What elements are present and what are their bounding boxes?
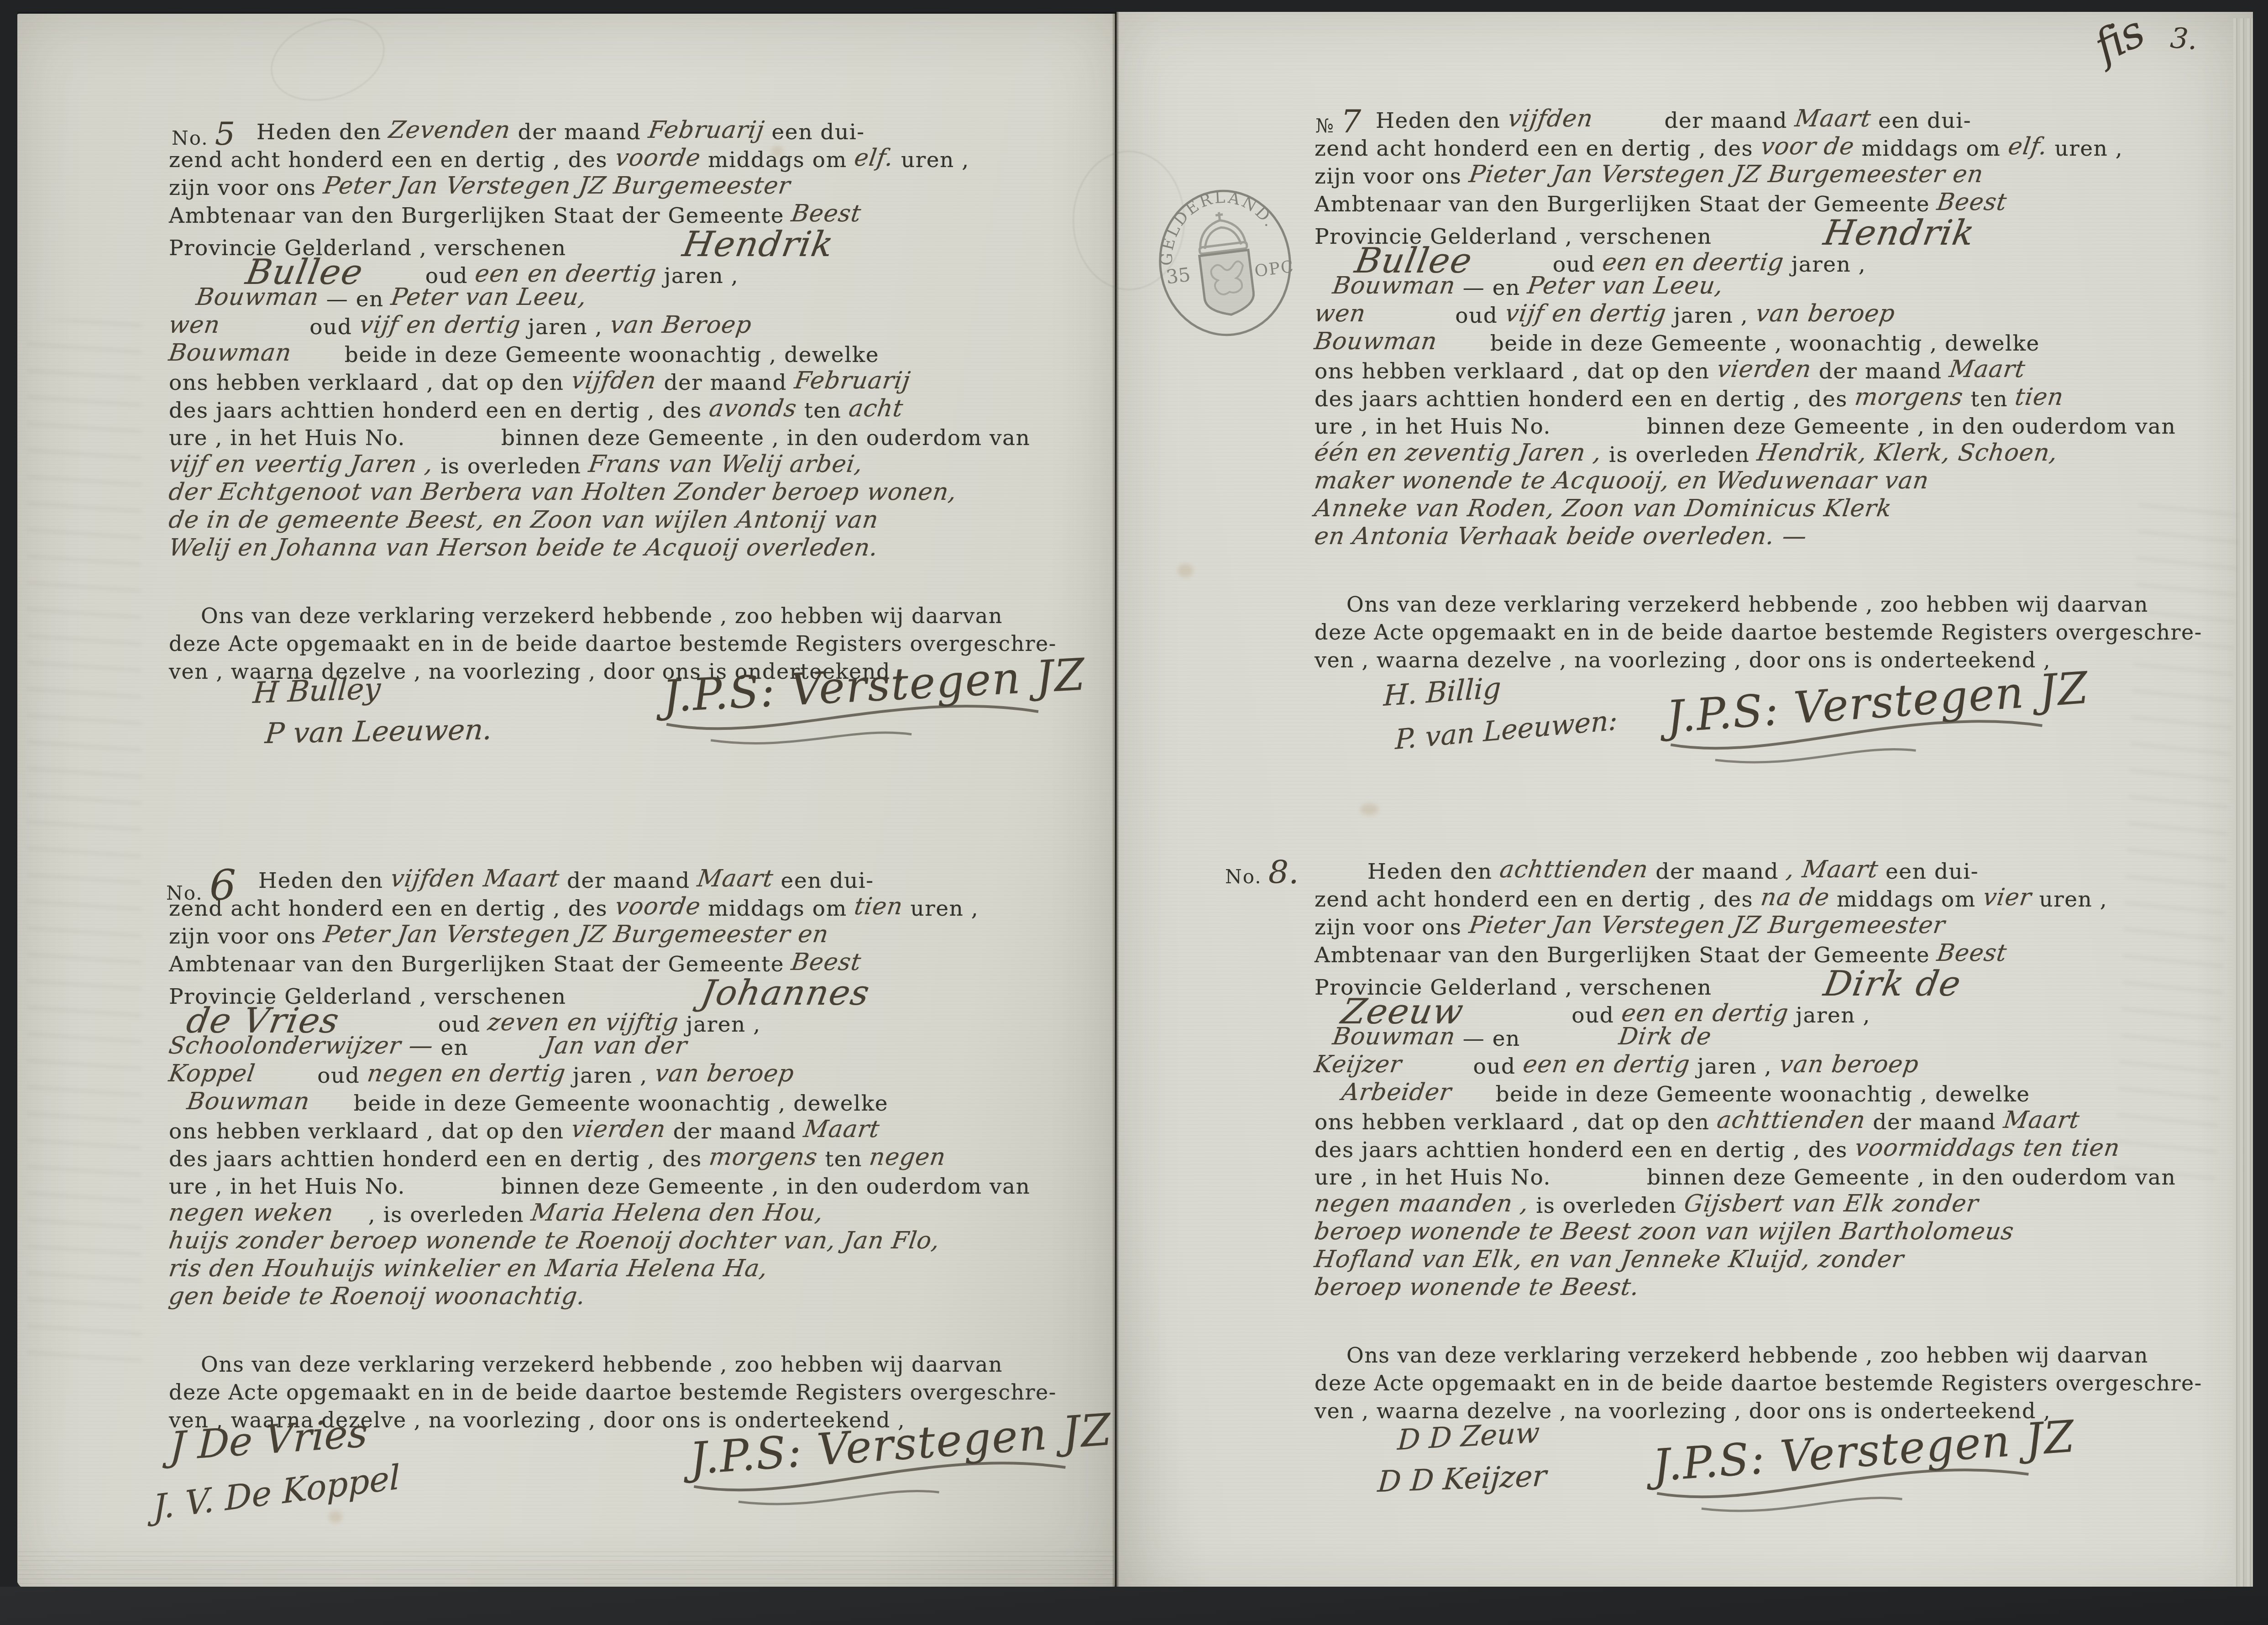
printed-text: deze Acte opgemaakt en in de beide daart… (169, 631, 1057, 656)
handwritten-text: Zeeuw (1340, 997, 1467, 1025)
printed-text: — en (1455, 1026, 1528, 1051)
handwritten-text: huijs zonder beroep wonende te Roenoij d… (167, 1227, 942, 1255)
handwritten-text: tien (853, 893, 905, 921)
act-line: Ambtenaar van den Burgerlijken Staat der… (1315, 190, 2205, 218)
printed-text: jaren , (1690, 1054, 1779, 1079)
printed-text: zend acht honderd een en dertig , des (1315, 887, 1761, 912)
printed-text: een dui- (773, 868, 874, 893)
handwritten-text: vijfden Maart (389, 865, 561, 893)
handwritten-text: Koppel (167, 1060, 257, 1088)
printed-text: ons hebben verklaard , dat op den (1315, 359, 1717, 384)
act-number-label: No. (172, 127, 209, 149)
printed-text: Ons van deze verklaring verzekerd hebben… (169, 603, 1003, 628)
handwritten-text: Hendrik (681, 230, 836, 258)
handwritten-text: Frans van Welij arbei, (587, 451, 865, 478)
printed-text: ure , in het Huis No. (169, 1174, 405, 1199)
handwritten-text: Zevenden (387, 116, 513, 144)
printed-text: ons hebben verklaard , dat op den (169, 370, 571, 395)
handwritten-text: morgens (1853, 383, 1965, 411)
act-line: des jaars achttien honderd een en dertig… (169, 1145, 1077, 1173)
printed-text: deze Acte opgemaakt en in de beide daart… (1315, 620, 2202, 645)
handwritten-text: ris den Houhuijs winkelier en Maria Hele… (167, 1255, 770, 1283)
act-line: gen beide te Roenoij woonachtig. (169, 1284, 1077, 1312)
printed-text: oud (1466, 1054, 1523, 1079)
printed-text: deze Acte opgemaakt en in de beide daart… (169, 1380, 1057, 1405)
printed-text: een dui- (1878, 859, 1979, 884)
act-line: ris den Houhuijs winkelier en Maria Hele… (169, 1256, 1077, 1284)
handwritten-text: vierden (1715, 356, 1813, 383)
handwritten-text: van beroep (1754, 300, 1896, 328)
printed-text: deze Acte opgemaakt en in de beide daart… (1315, 1371, 2202, 1395)
act-number-block: №7 (1315, 103, 1361, 140)
act-line: ons hebben verklaard , dat op den achtti… (1315, 1108, 2205, 1136)
act-line: ure , in het Huis No.binnen deze Gemeent… (169, 424, 1077, 452)
act-body: Heden den vijfden der maand Maart een du… (1315, 106, 2205, 674)
handwritten-text: Bouwman (1331, 272, 1457, 300)
handwritten-text: beroep wonende te Beest zoon van wijlen … (1313, 1218, 2016, 1246)
printed-text: uren , (2032, 887, 2107, 912)
printed-text: der maand (510, 120, 649, 145)
printed-text: zijn voor ons (1315, 164, 1469, 189)
closing-line: deze Acte opgemaakt en in de beide daart… (169, 1379, 1077, 1406)
handwritten-text: voormiddags ten tien (1853, 1134, 2122, 1162)
photo-edge-left (0, 0, 17, 1625)
witness-signature: H Bulley (252, 672, 382, 710)
act-body: Heden den Zevenden der maand Februarij e… (169, 118, 1077, 686)
shield-with-lion-icon (1199, 250, 1256, 318)
handwritten-text: Bouwman (167, 339, 293, 367)
act-line: vijf en veertig Jaren , is overleden Fra… (169, 452, 1077, 480)
act-line: ons hebben verklaard , dat op den vierde… (1315, 357, 2205, 385)
printed-text: is overleden (1529, 1193, 1684, 1218)
printed-text: zend acht honderd een en dertig , des (169, 147, 615, 173)
act-line: ure , in het Huis No.binnen deze Gemeent… (1315, 413, 2205, 440)
act-line: Heden den vijfden Maart der maand Maart … (169, 866, 1077, 894)
printed-text: der maand (656, 370, 795, 395)
act-line: Ambtenaar van den Burgerlijken Staat der… (169, 950, 1077, 978)
printed-text: oud (302, 315, 360, 340)
printed-text: ven , waarna dezelve , na voorlezing , d… (1315, 648, 2051, 672)
handwritten-text: Maart (696, 865, 775, 893)
act-number-block: No.6 (166, 861, 236, 910)
printed-text: der maand (665, 1119, 804, 1144)
act-number: 8. (1268, 854, 1299, 891)
handwritten-text: achttienden (1498, 856, 1650, 884)
printed-text: middags om (1854, 136, 2008, 161)
handwritten-text: Pieter Jan Verstegen JZ Burgemeester (1467, 912, 1947, 939)
handwritten-text: Februarij (792, 367, 912, 395)
printed-text: zijn voor ons (1315, 915, 1469, 940)
handwritten-text: Gijsbert van Elk zonder (1682, 1190, 1980, 1218)
handwritten-text: Hendrik (1822, 219, 1977, 246)
printed-text: zijn voor ons (169, 924, 324, 949)
act-line: ure , in het Huis No.binnen deze Gemeent… (1315, 1164, 2205, 1191)
handwritten-text: vijfden (1506, 105, 1595, 133)
printed-text: des jaars achttien honderd een en dertig… (1315, 387, 1855, 412)
act-line: maker wonende te Acquooij, en Weduwenaar… (1315, 468, 2205, 496)
handwritten-text: Welij en Johanna van Herson beide te Acq… (167, 534, 880, 562)
act-line: wen oud vijf en dertig jaren , van beroe… (1315, 301, 2205, 329)
handwritten-text: vijf en veertig Jaren , (167, 451, 435, 478)
handwritten-text: vier (1981, 884, 2033, 912)
handwritten-text: tien (2013, 383, 2065, 411)
handwritten-text: één en zeventig Jaren , (1313, 439, 1603, 467)
bleedthrough-texture (27, 320, 141, 1369)
act-body: Heden den achttienden der maand , Maart … (1315, 857, 2205, 1425)
act-line: des jaars achttien honderd een en dertig… (1315, 385, 2205, 413)
printed-text: jaren , (1666, 303, 1755, 328)
photo-edge-top (0, 0, 2268, 12)
act-number-label: № (1315, 115, 1335, 137)
act-line: Bouwman — en Dirk de (1315, 1024, 2205, 1052)
printed-text: zend acht honderd een en dertig , des (1315, 136, 1761, 161)
act-line: Hofland van Elk, en van Jenneke Kluijd, … (1315, 1247, 2205, 1275)
handwritten-text: van beroep (1777, 1051, 1920, 1079)
closing-line: Ons van deze verklaring verzekerd hebben… (1315, 591, 2205, 619)
handwritten-text: vijfden (570, 367, 659, 395)
act-line: Schoolonderwijzer — en Jan van der (169, 1033, 1077, 1061)
printed-text: oud (1448, 303, 1505, 328)
closing-line: deze Acte opgemaakt en in de beide daart… (1315, 619, 2205, 646)
act-line: der Echtgenoot van Berbera van Holten Zo… (169, 480, 1077, 508)
handwritten-text: negen maanden , (1313, 1190, 1530, 1218)
handwritten-text: Bouwman (185, 1088, 312, 1116)
printed-text: binnen deze Gemeente , in den ouderdom v… (501, 1174, 1030, 1199)
act-record-5: No.5 Heden den Zevenden der maand Februa… (169, 118, 1077, 686)
printed-text: jaren , (566, 1063, 655, 1088)
printed-text: is overleden (1602, 442, 1757, 467)
act-line: zijn voor ons Peter Jan Verstegen JZ Bur… (169, 173, 1077, 201)
act-record-8: No.8. Heden den achttienden der maand , … (1315, 857, 2205, 1425)
printed-text: middags om (700, 147, 854, 173)
printed-text: der maand (1657, 108, 1795, 133)
act-line: beroep wonende te Beest zoon van wijlen … (1315, 1219, 2205, 1247)
printed-text: ure , in het Huis No. (169, 425, 405, 451)
printed-text: een dui- (764, 120, 865, 145)
handwritten-text: voorde (613, 893, 702, 921)
handwritten-text: Anneke van Roden, Zoon van Dominicus Kle… (1313, 495, 1894, 523)
printed-text: binnen deze Gemeente , in den ouderdom v… (1647, 1165, 2176, 1190)
printed-text: , is overleden (361, 1202, 531, 1227)
handwritten-text: beroep wonende te Beest. (1313, 1274, 1641, 1301)
printed-text: uren , (2047, 136, 2123, 161)
paragraph-gap (169, 563, 173, 602)
act-line: des jaars achttien honderd een en dertig… (169, 396, 1077, 424)
handwritten-text: Hofland van Elk, en van Jenneke Kluijd, … (1313, 1246, 1906, 1274)
handwritten-text: vijf en dertig (358, 311, 523, 339)
printed-text: des jaars achttien honderd een en dertig… (169, 1147, 709, 1172)
act-line: Bullee oud een en deertig jaren , (169, 257, 1077, 285)
act-record-6: No.6 Heden den vijfden Maart der maand M… (169, 866, 1077, 1434)
act-line: Heden den vijfden der maand Maart een du… (1315, 106, 2205, 134)
foxing-spot (329, 1511, 342, 1523)
act-line: ons hebben verklaard , dat op den vijfde… (169, 368, 1077, 396)
act-line: zend acht honderd een en dertig , des vo… (169, 146, 1077, 173)
printed-text: zijn voor ons (169, 175, 324, 200)
act-line: Zeeuw oud een en dertig jaren , (1315, 996, 2205, 1024)
act-number-block: No.5 (172, 115, 235, 152)
act-line: negen weken , is overleden Maria Helena … (169, 1200, 1077, 1228)
act-line: Ambtenaar van den Burgerlijken Staat der… (1315, 941, 2205, 969)
paragraph-gap (1315, 552, 1319, 591)
printed-text: Ons van deze verklaring verzekerd hebben… (169, 1352, 1003, 1377)
handwritten-text: Keijzer (1313, 1051, 1404, 1079)
act-line: Bouwman — en Peter van Leeu, (1315, 273, 2205, 301)
printed-text: binnen deze Gemeente , in den ouderdom v… (1647, 414, 2176, 439)
handwritten-text: avonds (707, 395, 799, 423)
handwritten-text: , Maart (1784, 856, 1880, 884)
act-line: ure , in het Huis No.binnen deze Gemeent… (169, 1173, 1077, 1200)
printed-text: ure , in het Huis No. (1315, 414, 1551, 439)
handwritten-text: wen (167, 311, 222, 339)
printed-text: beide in deze Gemeente woonachtig , dewe… (337, 342, 879, 367)
printed-text: des jaars achttien honderd een en dertig… (1315, 1137, 1855, 1163)
handwritten-text: Pieter Jan Verstegen JZ Burgemeester en (1467, 161, 1985, 189)
handwritten-text: negen (868, 1143, 948, 1171)
handwritten-text: Hendrik, Klerk, Schoen, (1755, 439, 2059, 467)
printed-text: ons hebben verklaard , dat op den (169, 1119, 571, 1144)
printed-text: jaren , (679, 1012, 761, 1037)
handwritten-text: negen en dertig (366, 1060, 567, 1088)
act-line: zend acht honderd een en dertig , des vo… (169, 894, 1077, 922)
handwritten-text: Bouwman (1313, 328, 1439, 356)
handwritten-text: Peter van Leeu, (389, 283, 589, 311)
act-line: Bouwman beide in deze Gemeente , woonach… (1315, 329, 2205, 357)
act-line: Heden den Zevenden der maand Februarij e… (169, 118, 1077, 146)
printed-text: ons hebben verklaard , dat op den (1315, 1110, 1717, 1135)
handwritten-text: der Echtgenoot van Berbera van Holten Zo… (167, 478, 959, 506)
handwritten-text: wen (1313, 300, 1367, 328)
photo-edge-bottom (0, 1587, 2268, 1625)
act-line: ons hebben verklaard , dat op den vierde… (169, 1117, 1077, 1145)
act-line: zend acht honderd een en dertig , des vo… (1315, 134, 2205, 162)
handwritten-text: vierden (570, 1116, 668, 1143)
crown-icon (1195, 209, 1247, 254)
printed-text: beide in deze Gemeente woonachtig , dewe… (1488, 1082, 2030, 1107)
printed-text: oud (310, 1063, 367, 1088)
act-number-label: No. (166, 882, 203, 904)
handwritten-text: elf. (853, 144, 896, 172)
printed-text: uren , (894, 147, 969, 173)
printed-text: Ambtenaar van den Burgerlijken Staat der… (169, 952, 791, 977)
act-line: en Antonia Verhaak beide overleden. — (1315, 524, 2205, 552)
handwritten-text: gen beide te Roenoij woonachtig. (167, 1283, 587, 1310)
act-number-label: No. (1225, 865, 1262, 888)
handwritten-text: voorde (613, 144, 702, 172)
act-line: wen oud vijf en dertig jaren , van Beroe… (169, 313, 1077, 341)
handwritten-text: en Antonia Verhaak beide overleden. — (1313, 523, 1809, 550)
printed-text: der maand (1648, 859, 1786, 884)
printed-text: en (433, 1035, 476, 1060)
printed-text: uren , (903, 896, 979, 921)
handwritten-text: Februarij (647, 116, 766, 144)
printed-text: beide in deze Gemeente woonachtig , dewe… (346, 1091, 888, 1116)
handwritten-text: van Beroep (608, 311, 753, 339)
handwritten-text: Maart (1948, 356, 2027, 383)
act-line: Keijzer oud een en dertig jaren , van be… (1315, 1052, 2205, 1080)
act-line: Bullee oud een en deertig jaren , (1315, 246, 2205, 273)
act-line: zijn voor ons Peter Jan Verstegen JZ Bur… (169, 922, 1077, 950)
register-book-spread: GELDERLAND. 35 OPC fis 3. No.5 Heden den… (0, 0, 2268, 1625)
act-line: des jaars achttien honderd een en dertig… (1315, 1136, 2205, 1164)
handwritten-text: Maria Helena den Hou, (529, 1199, 825, 1227)
handwritten-text: na de (1759, 884, 1831, 912)
printed-text: der maand (1811, 359, 1949, 384)
foxing-spot (1178, 564, 1193, 577)
printed-text: des jaars achttien honderd een en dertig… (169, 398, 709, 423)
witness-signature: P van Leeuwen. (264, 713, 493, 750)
printed-text: Ons van deze verklaring verzekerd hebben… (1315, 592, 2148, 617)
printed-text: beide in deze Gemeente , woonachtig , de… (1482, 331, 2040, 356)
act-line: Anneke van Roden, Zoon van Dominicus Kle… (1315, 496, 2205, 524)
fore-edge-pages (2233, 18, 2253, 1598)
closing-line: deze Acte opgemaakt en in de beide daart… (1315, 1369, 2205, 1397)
photo-edge-right (2253, 0, 2268, 1625)
printed-text: ure , in het Huis No. (1315, 1165, 1551, 1190)
photo-backdrop: GELDERLAND. 35 OPC fis 3. No.5 Heden den… (0, 0, 2268, 1625)
handwritten-text: Bullee (244, 258, 366, 286)
act-record-7: №7 Heden den vijfden der maand Maart een… (1315, 106, 2205, 674)
act-line: zijn voor ons Pieter Jan Verstegen JZ Bu… (1315, 913, 2205, 941)
printed-text: jaren , (520, 315, 610, 340)
printed-text: Heden den (258, 868, 391, 893)
closing-line: deze Acte opgemaakt en in de beide daart… (169, 630, 1077, 658)
handwritten-text: negen weken (167, 1199, 335, 1227)
act-line: de Vries oud zeven en vijftig jaren , (169, 1006, 1077, 1033)
foxing-spot (1360, 803, 1378, 815)
closing-line: Ons van deze verklaring verzekerd hebben… (169, 1351, 1077, 1379)
act-line: huijs zonder beroep wonende te Roenoij d… (169, 1228, 1077, 1256)
act-line: Bouwman beide in deze Gemeente woonachti… (169, 341, 1077, 368)
handwritten-text: Dirk de (1617, 1023, 1713, 1051)
act-line: Heden den achttienden der maand , Maart … (1315, 857, 2205, 885)
handwritten-text: Schoolonderwijzer — (167, 1032, 435, 1060)
act-line: de in de gemeente Beest, en Zoon van wij… (169, 508, 1077, 535)
act-number: 5 (215, 115, 236, 152)
handwritten-text: achttienden (1715, 1106, 1867, 1134)
handwritten-text: voor de (1759, 133, 1856, 161)
paragraph-gap (1315, 1303, 1319, 1342)
printed-text: jaren , (1784, 252, 1866, 277)
handwritten-text: van beroep (653, 1060, 796, 1088)
printed-text: Ons van deze verklaring verzekerd hebben… (1315, 1343, 2148, 1368)
act-line: negen maanden , is overleden Gijsbert va… (1315, 1191, 2205, 1219)
handwritten-text: een en dertig (1521, 1051, 1692, 1079)
printed-text: jaren , (656, 263, 739, 288)
act-line: Welij en Johanna van Herson beide te Acq… (169, 535, 1077, 563)
act-line: zijn voor ons Pieter Jan Verstegen JZ Bu… (1315, 162, 2205, 190)
handwritten-text: Bullee (1353, 246, 1475, 274)
handwritten-text: Johannes (699, 979, 872, 1006)
handwritten-text: Dirk de (1822, 970, 1964, 997)
handwritten-text: acht (847, 395, 905, 423)
act-number: 6 (210, 861, 236, 910)
handwritten-text: morgens (707, 1143, 819, 1171)
handwritten-text: Bouwman (1331, 1023, 1457, 1051)
printed-text: ten (817, 1147, 869, 1172)
printed-text: binnen deze Gemeente , in den ouderdom v… (501, 425, 1030, 451)
act-number-block: No.8. (1225, 854, 1299, 891)
page-edge-ribs (18, 1551, 1114, 1588)
handwritten-text: Peter van Leeu, (1526, 272, 1725, 300)
witness-signature: D D Keijzer (1377, 1459, 1548, 1499)
stamp-left-text: 35 (1165, 263, 1192, 288)
handwritten-text: maker wonende te Acquooij, en Weduwenaar… (1313, 467, 1931, 495)
act-line: zend acht honderd een en dertig , des na… (1315, 885, 2205, 913)
handwritten-text: Arbeider (1340, 1079, 1454, 1106)
printed-text: een dui- (1871, 108, 1972, 133)
handwritten-text: Bouwman (194, 283, 321, 311)
act-line: Bouwman beide in deze Gemeente woonachti… (169, 1089, 1077, 1117)
printed-text: jaren , (1788, 1003, 1870, 1028)
printed-text: der maand (1865, 1110, 2004, 1135)
paragraph-gap (169, 1312, 173, 1351)
printed-text: Heden den (1367, 859, 1500, 884)
act-line: Arbeider beide in deze Gemeente woonacht… (1315, 1080, 2205, 1108)
handwritten-text: vijf en dertig (1503, 300, 1668, 328)
handwritten-text: de Vries (185, 1006, 342, 1034)
printed-text: der maand (560, 868, 698, 893)
printed-text: middags om (1829, 887, 1984, 912)
printed-text: ten (1963, 387, 2015, 412)
act-line: Koppel oud negen en dertig jaren , van b… (169, 1061, 1077, 1089)
printed-text: middags om (700, 896, 854, 921)
printed-text: Heden den (257, 120, 389, 145)
handwritten-text: Maart (802, 1116, 882, 1143)
handwritten-text: Peter Jan Verstegen JZ Burgemeester en (321, 921, 830, 949)
handwritten-text: Maart (2001, 1106, 2081, 1134)
printed-text: ten (796, 398, 849, 423)
act-line: één en zeventig Jaren , is overleden Hen… (1315, 440, 2205, 468)
handwritten-text: Maart (1793, 105, 1873, 133)
handwritten-text: Peter Jan Verstegen JZ Burgemeester (321, 172, 792, 200)
act-line: beroep wonende te Beest. (1315, 1275, 2205, 1303)
act-body: Heden den vijfden Maart der maand Maart … (169, 866, 1077, 1434)
handwritten-text: Jan van der (543, 1032, 689, 1060)
closing-line: Ons van deze verklaring verzekerd hebben… (1315, 1342, 2205, 1369)
printed-text: Heden den (1376, 108, 1508, 133)
printed-text: is overleden (433, 454, 589, 479)
act-line: Bouwman — en Peter van Leeu, (169, 285, 1077, 313)
gelderland-tax-stamp: GELDERLAND. 35 OPC (1147, 178, 1304, 348)
closing-line: Ons van deze verklaring verzekerd hebben… (169, 602, 1077, 630)
handwritten-text: elf. (2006, 133, 2049, 161)
act-line: Ambtenaar van den Burgerlijken Staat der… (169, 201, 1077, 229)
page-number: 3. (2169, 21, 2199, 56)
handwritten-text: de in de gemeente Beest, en Zoon van wij… (167, 506, 880, 534)
act-number: 7 (1341, 103, 1362, 140)
